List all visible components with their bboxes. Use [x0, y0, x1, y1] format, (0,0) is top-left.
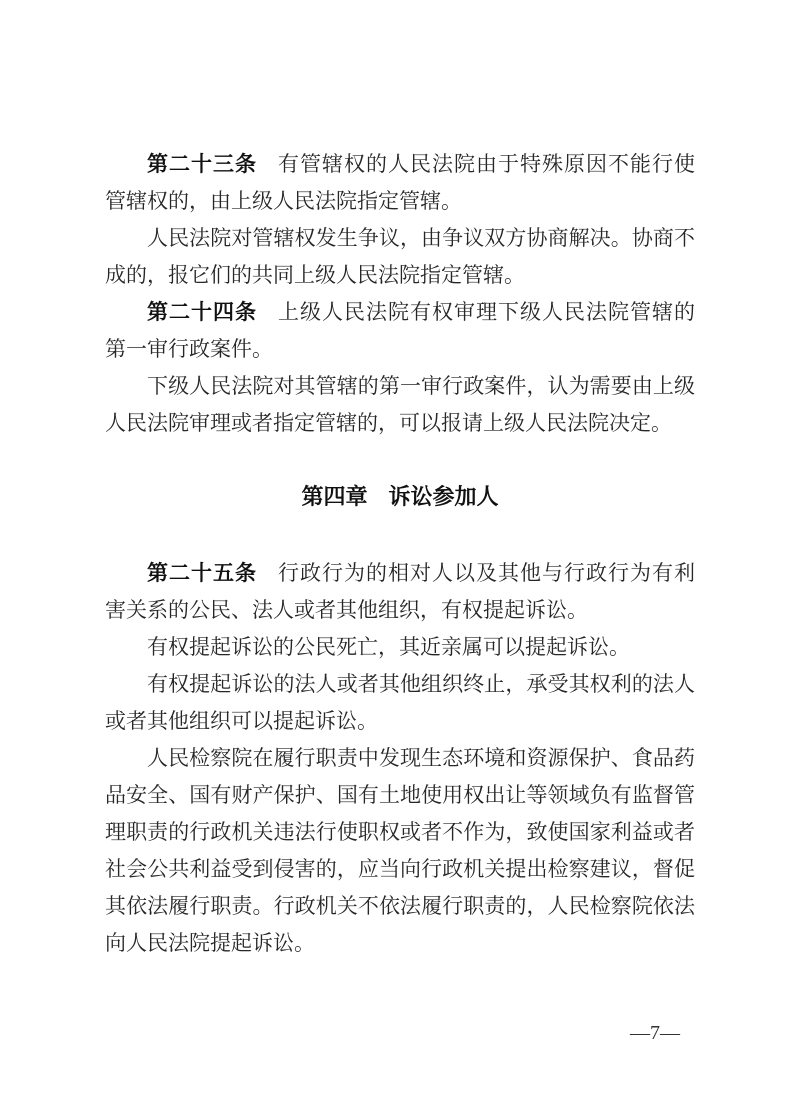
text-line: 害关系的公民、法人或者其他组织，有权提起诉讼。	[105, 592, 695, 629]
document-page: 第二十三条有管辖权的人民法院由于特殊原因不能行使 管辖权的，由上级人民法院指定管…	[0, 0, 790, 1118]
text-line: 下级人民法院对其管辖的第一审行政案件，认为需要由上级	[105, 368, 695, 405]
section-articles-23-24: 第二十三条有管辖权的人民法院由于特殊原因不能行使 管辖权的，由上级人民法院指定管…	[105, 146, 695, 442]
text-line-body: 上级人民法院有权审理下级人民法院管辖的	[278, 300, 695, 324]
text-line: 第二十四条上级人民法院有权审理下级人民法院管辖的	[105, 294, 695, 331]
text-line: 品安全、国有财产保护、国有土地使用权出让等领域负有监督管	[105, 777, 695, 814]
text-line: 人民法院对管辖权发生争议，由争议双方协商解决。协商不	[105, 220, 695, 257]
text-line: 第一审行政案件。	[105, 331, 695, 368]
text-line: 理职责的行政机关违法行使职权或者不作为，致使国家利益或者	[105, 814, 695, 851]
text-line-body: 行政行为的相对人以及其他与行政行为有利	[278, 561, 695, 585]
text-line: 有权提起诉讼的公民死亡，其近亲属可以提起诉讼。	[105, 629, 695, 666]
text-line: 有权提起诉讼的法人或者其他组织终止，承受其权利的法人	[105, 666, 695, 703]
page-number: —7—	[630, 1015, 680, 1052]
text-line: 或者其他组织可以提起诉讼。	[105, 703, 695, 740]
text-line: 向人民法院提起诉讼。	[105, 925, 695, 962]
text-line: 第二十五条行政行为的相对人以及其他与行政行为有利	[105, 555, 695, 592]
text-line-body: 有管辖权的人民法院由于特殊原因不能行使	[278, 152, 695, 176]
article-number: 第二十五条	[147, 562, 257, 585]
article-number: 第二十四条	[147, 301, 257, 324]
chapter-number: 第四章	[301, 484, 367, 509]
text-line: 成的，报它们的共同上级人民法院指定管辖。	[105, 257, 695, 294]
chapter-heading: 第四章诉讼参加人	[105, 478, 695, 515]
text-line: 第二十三条有管辖权的人民法院由于特殊原因不能行使	[105, 146, 695, 183]
chapter-title: 诉讼参加人	[389, 484, 499, 509]
text-line: 其依法履行职责。行政机关不依法履行职责的，人民检察院依法	[105, 888, 695, 925]
text-line: 社会公共利益受到侵害的，应当向行政机关提出检察建议，督促	[105, 851, 695, 888]
text-line: 人民法院审理或者指定管辖的，可以报请上级人民法院决定。	[105, 405, 695, 442]
text-line: 管辖权的，由上级人民法院指定管辖。	[105, 183, 695, 220]
text-line: 人民检察院在履行职责中发现生态环境和资源保护、食品药	[105, 740, 695, 777]
article-number: 第二十三条	[147, 153, 257, 176]
section-article-25: 第二十五条行政行为的相对人以及其他与行政行为有利 害关系的公民、法人或者其他组织…	[105, 555, 695, 962]
